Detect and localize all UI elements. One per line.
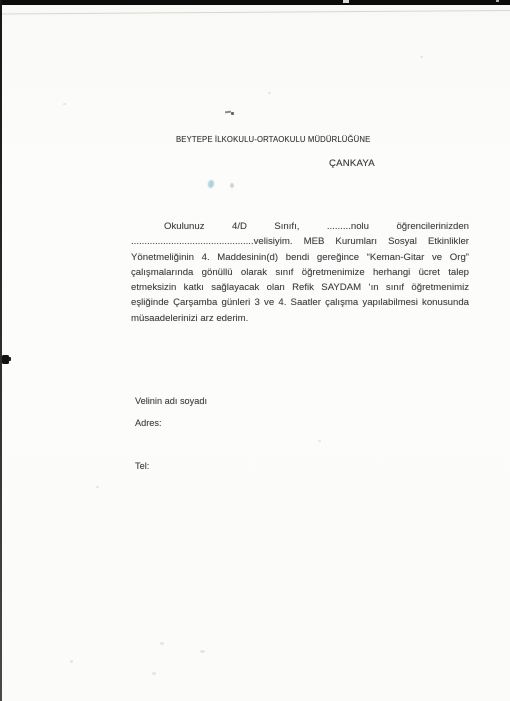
body-line-7: müsaadelerinizi arz ederim.: [131, 311, 469, 326]
gray-smudge: [230, 183, 234, 188]
scan-smudge-dot: [231, 112, 234, 115]
body-line-2: ........................................…: [131, 234, 469, 249]
letter-body: Okulunuz 4/D Sınıfı, .........nolu öğren…: [131, 219, 469, 326]
body-line-6: eşliğinde Çarşamba günleri 3 ve 4. Saatl…: [131, 295, 469, 310]
scan-left-edge: [0, 0, 2, 701]
scan-speck: [152, 672, 156, 675]
scan-speck: [268, 92, 271, 94]
scan-top-edge-notch: [343, 0, 349, 3]
parent-name-label: Velinin adı soyadı: [135, 396, 207, 406]
ink-blot-nub: [8, 357, 11, 361]
scan-top-edge-notch-right: [496, 0, 499, 2]
scan-speck: [160, 642, 164, 645]
body-line-3: Yönetmeliğinin 4. Maddesinin(d) bendi ge…: [131, 250, 469, 265]
body-line-4: çalışmalarında gönüllü olarak sınıf öğre…: [131, 265, 469, 280]
letter-recipient: BEYTEPE İLKOKULU-ORTAOKULU MÜDÜRLÜĞÜNE: [176, 134, 370, 144]
scan-speck: [70, 660, 73, 663]
scanned-letter-page: BEYTEPE İLKOKULU-ORTAOKULU MÜDÜRLÜĞÜNE Ç…: [0, 0, 510, 701]
address-label: Adres:: [135, 418, 162, 428]
scan-speck: [318, 440, 321, 442]
body-line-1: Okulunuz 4/D Sınıfı, .........nolu öğren…: [131, 219, 469, 234]
scan-speck: [420, 56, 423, 58]
pen-mark: [207, 179, 215, 188]
scan-top-edge: [0, 0, 510, 5]
letter-city: ÇANKAYA: [329, 158, 375, 169]
phone-label: Tel:: [135, 461, 149, 471]
scan-speck: [200, 650, 205, 653]
scan-speck: [96, 486, 99, 488]
body-line-5: etmeksizin katkı sağlayacak olan Refik S…: [131, 280, 469, 295]
scan-speck: [63, 103, 66, 105]
scan-page-edge-line: [0, 10, 510, 15]
